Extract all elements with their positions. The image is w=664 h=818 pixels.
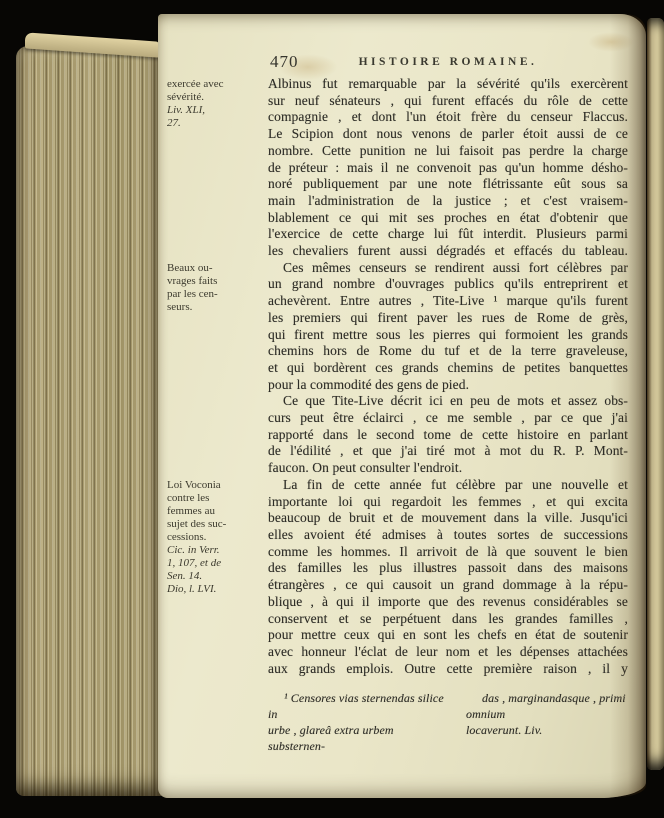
paragraph: Loi Voconiacontre lesfemmes ausujet des …	[164, 477, 632, 677]
margin-note: exercée avecsévérité.Liv. XLI,27.	[164, 76, 268, 130]
text-line: par les cen-	[167, 288, 260, 301]
book-page: 470 HISTOIRE ROMAINE. exercée avecsévéri…	[158, 14, 646, 798]
book-fore-edge	[16, 46, 162, 796]
text-line: conservent et se perpétuent dans les gra…	[268, 611, 628, 628]
text-line: Ces mêmes censeurs se rendirent aussi fo…	[268, 260, 628, 277]
text-line: ¹ Censores vias sternendas silice in	[268, 690, 452, 722]
text-line: un grand nombre d'ouvrages publics qu'il…	[268, 276, 628, 293]
text-line: pour mettre ceux qui en sont les chefs e…	[268, 627, 628, 644]
text-line: avec honneur l'éclat de leur nom et les …	[268, 644, 628, 661]
text-line: les premiers qui firent paver les rues d…	[268, 310, 628, 327]
text-line: Le Scipion dont nous venons de parler ét…	[268, 126, 628, 143]
margin-note-citation: Cic. in Verr.1, 107, et deSen. 14.Dio, l…	[167, 544, 260, 596]
text-line: Albinus fut remarquable par la sévérité …	[268, 76, 628, 93]
text-line: aux grands emplois. Outre cette première…	[268, 661, 628, 678]
page-content: 470 HISTOIRE ROMAINE. exercée avecsévéri…	[164, 52, 632, 754]
text-line: importante loi qui regardoit les femmes …	[268, 494, 628, 511]
text-line: contre les	[167, 492, 260, 505]
text-line: pour la commodité des gens de pied.	[268, 377, 628, 394]
text-line: 1, 107, et de	[167, 557, 260, 570]
text-line: de l'édilité , et que j'ai tiré mot à mo…	[268, 443, 628, 460]
margin-note-text: exercée avecsévérité.	[167, 78, 260, 104]
text-line: elles avoient été admises à toutes sorte…	[268, 527, 628, 544]
text-line: nombre. Cette punition ne lui faisoit pa…	[268, 143, 628, 160]
paragraph-lines: Ce que Tite-Live décrit ici en peu de mo…	[268, 393, 628, 477]
paragraph-lines: Albinus fut remarquable par la sévérité …	[268, 76, 628, 260]
text-line: curs peut être éclairci , ce me semble ,…	[268, 410, 628, 427]
footnote-col-1: ¹ Censores vias sternendas silice inurbe…	[268, 690, 452, 754]
text-line: femmes au	[167, 505, 260, 518]
text-line: Sen. 14.	[167, 570, 260, 583]
margin-note-citation: Liv. XLI,27.	[167, 104, 260, 130]
scanned-book-photo: { "palette": { "background": "#070604", …	[0, 0, 664, 818]
text-line: blique , à qui il importe que des revenu…	[268, 594, 628, 611]
text-line: La fin de cette année fut célèbre par un…	[268, 477, 628, 494]
body-paragraphs: exercée avecsévérité.Liv. XLI,27.Albinus…	[164, 76, 632, 677]
text-line: sur neuf sénateurs , qui furent effacés …	[268, 93, 628, 110]
text-line: faucon. On peut consulter l'endroit.	[268, 460, 628, 477]
paragraph-lines: Ces mêmes censeurs se rendirent aussi fo…	[268, 260, 628, 394]
text-line: Cic. in Verr.	[167, 544, 260, 557]
margin-note-text: Loi Voconiacontre lesfemmes ausujet des …	[167, 479, 260, 544]
text-line: Beaux ou-	[167, 262, 260, 275]
text-line: les chevaliers furent aussi dégradés et …	[268, 243, 628, 260]
text-line: Loi Voconia	[167, 479, 260, 492]
margin-note: Beaux ou-vrages faitspar les cen-seurs.	[164, 260, 268, 314]
margin-note: Loi Voconiacontre lesfemmes ausujet des …	[164, 477, 268, 596]
running-title: HISTOIRE ROMAINE.	[268, 56, 628, 68]
paragraph: Beaux ou-vrages faitspar les cen-seurs.C…	[164, 260, 632, 394]
text-line: cessions.	[167, 531, 260, 544]
margin-note-text: Beaux ou-vrages faitspar les cen-seurs.	[167, 262, 260, 314]
text-line: blablement ce qui mit ses proches en éta…	[268, 210, 628, 227]
paragraph-lines: La fin de cette année fut célèbre par un…	[268, 477, 628, 677]
text-line: achevèrent. Entre autres , Tite-Live ¹ m…	[268, 293, 628, 310]
text-line: beaucoup de bruit et de mouvement dans l…	[268, 510, 628, 527]
text-line: urbe , glareâ extra urbem substernen-	[268, 722, 452, 754]
text-line: rapporté dans le second tome de cette hi…	[268, 427, 628, 444]
margin-note-empty	[164, 393, 268, 395]
text-line: Liv. XLI,	[167, 104, 260, 117]
paragraph: exercée avecsévérité.Liv. XLI,27.Albinus…	[164, 76, 632, 260]
text-line: l'exercice de cette charge lui fût inter…	[268, 226, 628, 243]
text-line: qui firent mettre sous les pierres qui f…	[268, 327, 628, 344]
footnote: ¹ Censores vias sternendas silice inurbe…	[268, 690, 650, 754]
text-line: des familles les plus illustres passoit …	[268, 560, 628, 577]
paragraph: Ce que Tite-Live décrit ici en peu de mo…	[164, 393, 632, 477]
text-line: et qui bordèrent ces grands chemins de p…	[268, 360, 628, 377]
text-line: comme les hommes. Il arrivoit de là que …	[268, 544, 628, 561]
facing-page-edge	[647, 18, 664, 770]
page-header: 470 HISTOIRE ROMAINE.	[268, 52, 628, 76]
text-line: sujet des suc-	[167, 518, 260, 531]
text-line: compagnie , et dont l'un étoit frère du …	[268, 109, 628, 126]
text-line: vrages faits	[167, 275, 260, 288]
text-line: chemins hors de Rome du tuf et de la ter…	[268, 343, 628, 360]
text-line: de préteur : mais il ne convenoit pas qu…	[268, 160, 628, 177]
text-line: sévérité.	[167, 91, 260, 104]
text-line: seurs.	[167, 301, 260, 314]
gutter-shadow	[610, 14, 646, 798]
text-line: Dio, l. LVI.	[167, 583, 260, 596]
text-line: noré publiquement par une note flétrissa…	[268, 176, 628, 193]
text-line: main l'administration de la justice ; et…	[268, 193, 628, 210]
text-line: 27.	[167, 117, 260, 130]
text-line: Ce que Tite-Live décrit ici en peu de mo…	[268, 393, 628, 410]
text-line: exercée avec	[167, 78, 260, 91]
text-line: étrangères , ce qui causoit un grand dom…	[268, 577, 628, 594]
